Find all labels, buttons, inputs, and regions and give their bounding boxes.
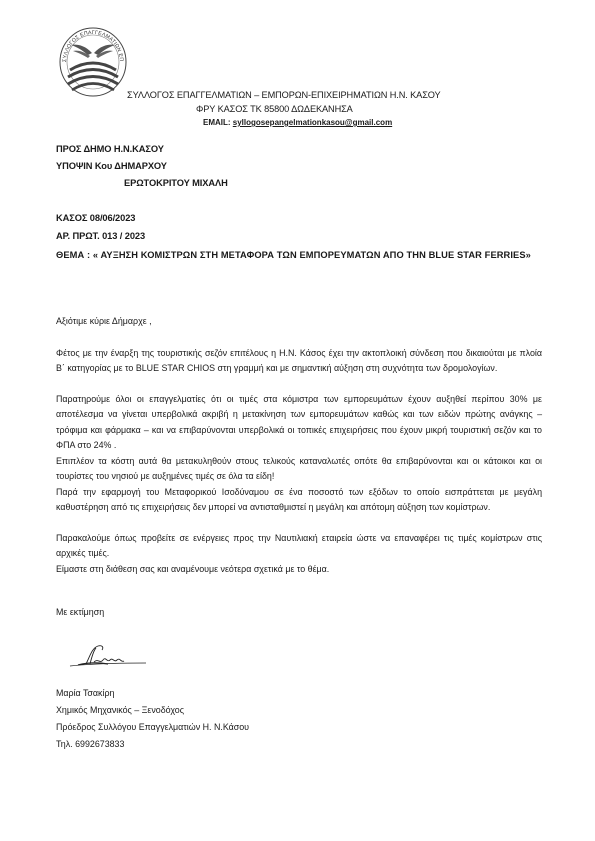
email-link[interactable]: syllogosepangelmationkasou@gmail.com	[233, 118, 392, 127]
signatory-title: Χημικός Μηχανικός – Ξενοδόχος	[56, 705, 184, 715]
signatory-phone: Τηλ. 6992673833	[56, 739, 124, 749]
signatory-role: Πρόεδρος Συλλόγου Επαγγελματιών Η. Ν.Κάσ…	[56, 722, 249, 732]
recipient-line-1: ΠΡΟΣ ΔΗΜΟ Η.Ν.ΚΑΣΟΥ	[56, 144, 164, 154]
association-logo-icon: ΣΥΛΛΟΓΟΣ ΕΠΑΓΓΕΛΜΑΤΙΩΝ ΕΠΙΧΕΙΡΗΜΑΤΙΩΝ ΚΑ…	[58, 26, 128, 98]
recipient-line-2: ΥΠΟΨΙΝ Κου ΔΗΜΑΡΧΟΥ	[56, 161, 167, 171]
svg-text:ΣΥΛΛΟΓΟΣ ΕΠΑΓΓΕΛΜΑΤΙΩΝ ΕΠΙΧΕΙΡ: ΣΥΛΛΟΓΟΣ ΕΠΑΓΓΕΛΜΑΤΙΩΝ ΕΠΙΧΕΙΡΗΜΑΤΙΩΝ ΚΑ…	[58, 26, 124, 62]
salutation: Αξιότιμε κύριε Δήμαρχε ,	[56, 316, 152, 326]
paragraph-3: Επιπλέον τα κόστη αυτά θα μετακυληθούν σ…	[56, 454, 542, 485]
protocol-number: ΑΡ. ΠΡΩΤ. 013 / 2023	[56, 231, 145, 241]
organization-name: ΣΥΛΛΟΓΟΣ ΕΠΑΓΓΕΛΜΑΤΙΩΝ – ΕΜΠΟΡΩΝ-ΕΠΙΧΕΙΡ…	[127, 90, 441, 100]
valediction: Με εκτίμηση	[56, 607, 104, 617]
signature-icon	[68, 642, 148, 670]
organization-address: ΦΡΥ ΚΑΣΟΣ ΤΚ 85800 ΔΩΔΕΚΑΝΗΣΑ	[196, 104, 353, 114]
paragraph-6: Είμαστε στη διάθεση σας και αναμένουμε ν…	[56, 562, 542, 577]
paragraph-1: Φέτος με την έναρξη της τουριστικής σεζό…	[56, 346, 542, 377]
place-date: ΚΑΣΟΣ 08/06/2023	[56, 213, 135, 223]
signatory-name: Μαρία Τσακίρη	[56, 688, 114, 698]
recipient-line-3: ΕΡΩΤΟΚΡΙΤΟΥ ΜΙΧΑΛΗ	[124, 178, 228, 188]
paragraph-4: Παρά την εφαρμογή του Μεταφορικού Ισοδύν…	[56, 485, 542, 516]
logo-ring-text: ΣΥΛΛΟΓΟΣ ΕΠΑΓΓΕΛΜΑΤΙΩΝ ΕΠΙΧΕΙΡΗΜΑΤΙΩΝ ΚΑ…	[58, 26, 124, 62]
subject-line: ΘΕΜΑ : « ΑΥΞΗΣΗ ΚΟΜΙΣΤΡΩΝ ΣΤΗ ΜΕΤΑΦΟΡΑ Τ…	[56, 248, 540, 264]
email-label: EMAIL:	[203, 118, 233, 127]
email-line: EMAIL: syllogosepangelmationkasou@gmail.…	[203, 118, 392, 127]
paragraph-5: Παρακαλούμε όπως προβείτε σε ενέργειες π…	[56, 531, 542, 562]
paragraph-2: Παρατηρούμε όλοι οι επαγγελματίες ότι οι…	[56, 392, 542, 453]
